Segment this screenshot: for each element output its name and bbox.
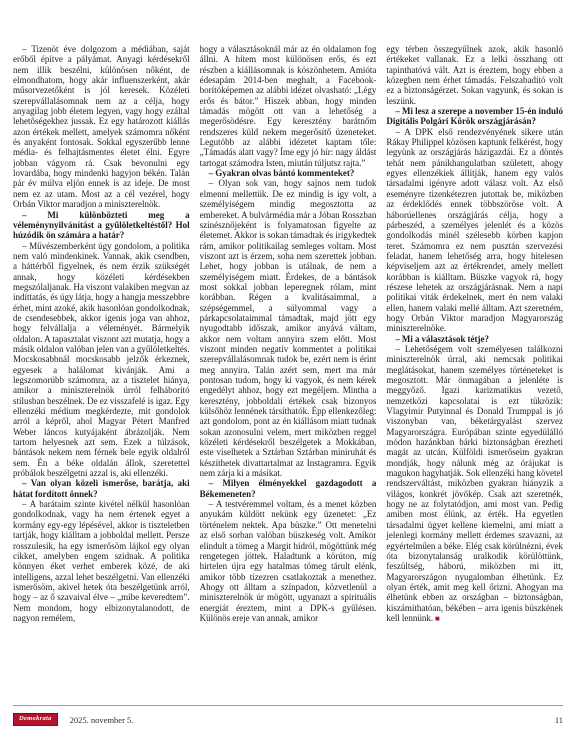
question-paragraph: – Gyakran olvas bántó kommenteket? — [200, 168, 377, 178]
answer-paragraph: – A barátaim szinte kivétel nélkül hason… — [13, 499, 190, 623]
question-paragraph: – Mi különbözteti meg a véleménynyilvání… — [13, 210, 190, 241]
answer-paragraph: – A testvéremmel voltam, és a menet közb… — [200, 499, 377, 623]
text-column-3: egy térben összegyűlnek azok, akik hason… — [386, 44, 563, 670]
article-columns: – Tizenöt éve dolgozom a médiában, saját… — [13, 44, 563, 670]
issue-date: 2025. november 5. — [70, 715, 134, 725]
page-number: 11 — [555, 715, 563, 725]
page-footer: Demokrata 2025. november 5. 11 — [13, 705, 563, 726]
text-column-1: – Tizenöt éve dolgozom a médiában, saját… — [13, 44, 190, 670]
magazine-page: – Tizenöt éve dolgozom a médiában, saját… — [0, 0, 576, 740]
question-paragraph: – Milyen élményekkel gazdagodott a Békem… — [200, 478, 377, 499]
question-paragraph: – Van olyan közeli ismerőse, barátja, ak… — [13, 478, 190, 499]
text-column-2: hogy a választásoknál már az én oldalamo… — [200, 44, 377, 670]
answer-paragraph: egy térben összegyűlnek azok, akik hason… — [386, 44, 563, 106]
answer-paragraph: – A DPK első rendezvényének sikere után … — [386, 127, 563, 334]
demokrata-logo: Demokrata — [13, 713, 58, 726]
article-end-mark: ■ — [433, 614, 440, 623]
answer-paragraph: – Lehetőségem volt személyesen találkozn… — [386, 344, 563, 624]
answer-paragraph: – Művészemberként úgy gondolom, a politi… — [13, 241, 190, 479]
footer-row: Demokrata 2025. november 5. 11 — [13, 706, 563, 726]
answer-paragraph: – Tizenöt éve dolgozom a médiában, saját… — [13, 44, 190, 210]
question-paragraph: – Mi lesz a szerepe a november 15-én ind… — [386, 106, 563, 127]
answer-paragraph: hogy a választásoknál már az én oldalamo… — [200, 44, 377, 168]
answer-paragraph: – Olyan sok van, hogy sajnos nem tudok e… — [200, 178, 377, 478]
question-paragraph: – Mi a választások tétje? — [386, 334, 563, 344]
